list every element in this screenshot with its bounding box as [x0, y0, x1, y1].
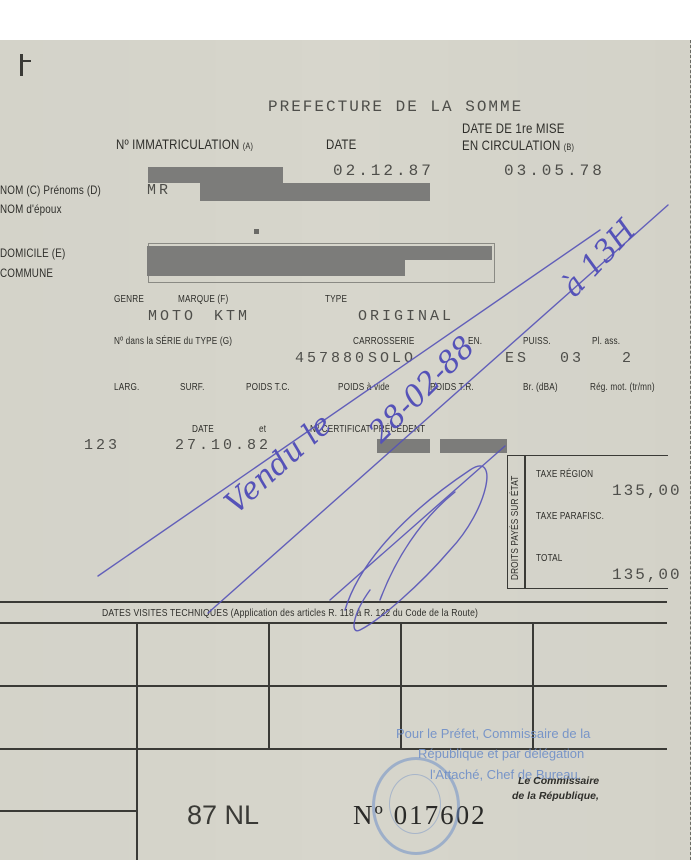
- serie-label: Nº dans la SÉRIE du TYPE (G): [114, 336, 232, 347]
- marque-value: KTM: [214, 308, 250, 325]
- droits-payes-label: DROITS PAYÉS SUR ÉTAT: [510, 476, 521, 580]
- poids-tc-label: POIDS T.C.: [246, 382, 290, 393]
- nom-label: NOM (C) Prénoms (D): [0, 183, 101, 197]
- en-value: ES: [505, 350, 529, 367]
- prefecture-seal-icon: [372, 757, 460, 855]
- visits-top-rule: [0, 601, 667, 603]
- immatriculation-label: Nº IMMATRICULATION (A): [116, 136, 253, 152]
- series-code: 87 NL: [187, 800, 259, 831]
- corner-mark: [20, 54, 23, 76]
- dot-mark: [254, 229, 259, 234]
- taxe-region-label: TAXE RÉGION: [536, 469, 593, 480]
- first-circulation-value: 03.05.78: [504, 162, 605, 180]
- visits-col-1: [136, 622, 138, 860]
- first-circulation-label-1: DATE DE 1re MISE: [462, 120, 565, 136]
- commissaire-line-1: Le Commissaire: [518, 775, 599, 787]
- larg-label: LARG.: [114, 382, 139, 393]
- cert-redacted-2: [440, 439, 507, 453]
- commissaire-line-2: de la République,: [512, 790, 599, 802]
- first-circulation-label-2: EN CIRCULATION (B): [462, 137, 574, 153]
- nom-redacted: [200, 183, 430, 201]
- cert-date-value: 27.10.82: [175, 437, 271, 454]
- taxe-parafisc-label: TAXE PARAFISC.: [536, 511, 604, 522]
- corner-mark-tick: [22, 60, 31, 62]
- handwriting-vendu-le: Vendu le: [218, 407, 339, 521]
- commune-label: COMMUNE: [0, 266, 53, 280]
- total-value: 135,00: [612, 566, 682, 584]
- serie-value: 457880: [295, 350, 367, 367]
- puiss-label: PUISS.: [523, 336, 551, 347]
- visits-row-2: [0, 685, 667, 687]
- prefecture-title: PREFECTURE DE LA SOMME: [268, 98, 523, 116]
- carrosserie-label: CARROSSERIE: [353, 336, 415, 347]
- address-redacted-line-2: [147, 260, 405, 276]
- cert-et-label: et: [259, 424, 266, 435]
- stamp-line-1: Pour le Préfet, Commissaire de la: [396, 726, 590, 741]
- cert-number-value: 123: [84, 437, 120, 454]
- pl-ass-value: 2: [622, 350, 634, 367]
- surf-label: SURF.: [180, 382, 205, 393]
- visits-row-1: [0, 622, 667, 624]
- visits-col-2: [268, 622, 270, 748]
- puiss-value: 03: [560, 350, 584, 367]
- type-label: TYPE: [325, 294, 347, 305]
- address-redacted-line-1: [147, 246, 492, 260]
- handwriting-time: à 13H: [555, 213, 643, 304]
- stamp-line-2: République et par délégation: [418, 746, 584, 761]
- total-label: TOTAL: [536, 553, 562, 564]
- visits-header: DATES VISITES TECHNIQUES (Application de…: [102, 607, 478, 619]
- epoux-label: NOM d'époux: [0, 202, 62, 216]
- visits-row-4: [0, 810, 136, 812]
- taxes-divider: [524, 455, 526, 588]
- marque-label: MARQUE (F): [178, 294, 228, 305]
- taxe-region-value: 135,00: [612, 482, 682, 500]
- cert-date-label: DATE: [192, 424, 214, 435]
- registration-certificate: PREFECTURE DE LA SOMME Nº IMMATRICULATIO…: [0, 40, 691, 860]
- type-value: ORIGINAL: [358, 308, 454, 325]
- registration-date-value: 02.12.87: [333, 162, 434, 180]
- br-label: Br. (dBA): [523, 382, 558, 393]
- poids-vide-label: POIDS à vide: [338, 382, 390, 393]
- genre-value: MOTO: [148, 308, 196, 325]
- reg-mot-label: Rég. mot. (tr/mn): [590, 382, 655, 393]
- immatriculation-redacted: [148, 167, 283, 183]
- domicile-label: DOMICILE (E): [0, 246, 65, 260]
- genre-label: GENRE: [114, 294, 144, 305]
- date-label: DATE: [326, 136, 356, 152]
- pl-ass-label: Pl. ass.: [592, 336, 620, 347]
- carrosserie-value: SOLO: [368, 350, 416, 367]
- nom-prefix: MR: [147, 182, 171, 199]
